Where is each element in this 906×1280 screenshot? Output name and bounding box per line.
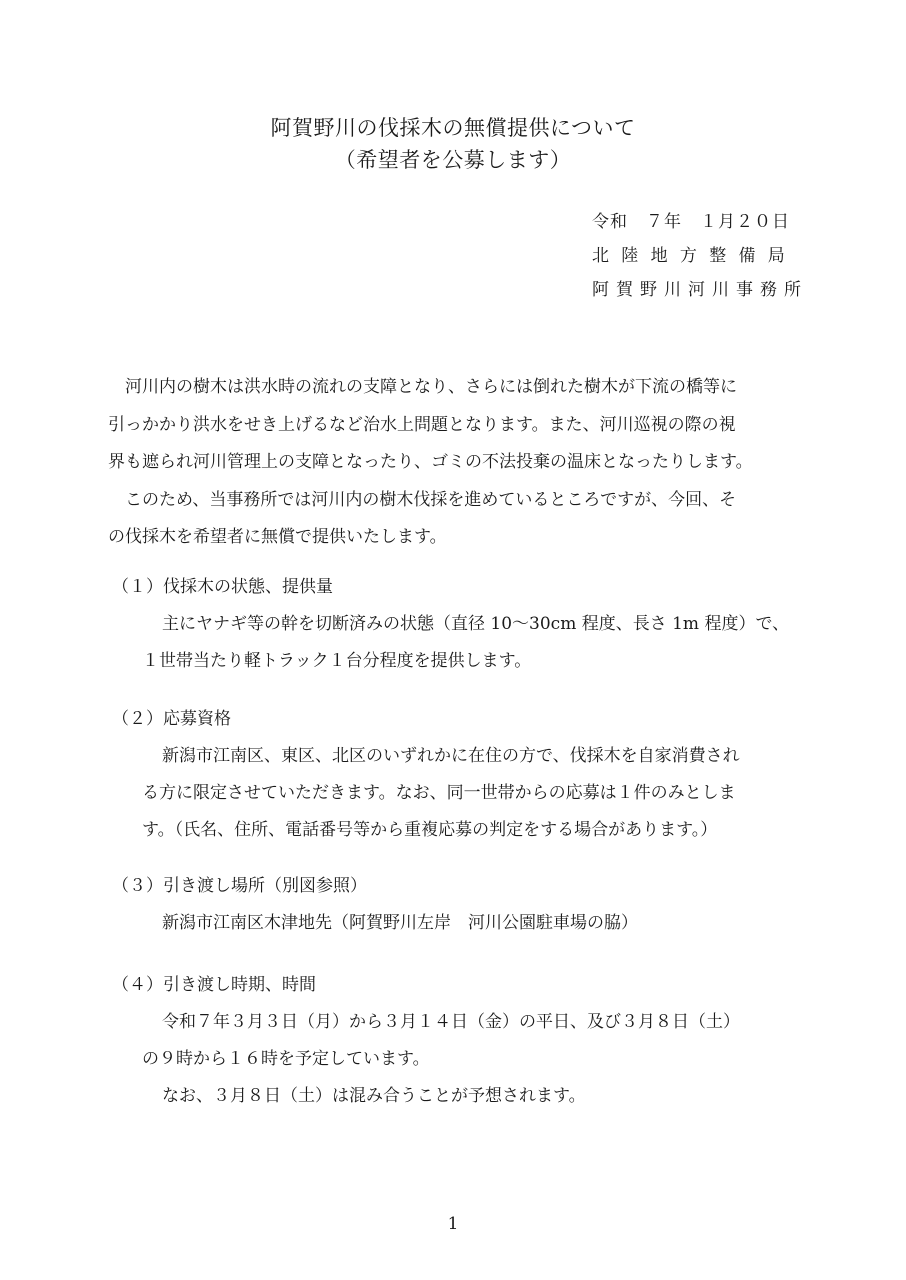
intro-line: このため、当事務所では河川内の樹木伐採を進めているところですが、今回、そ (108, 482, 808, 520)
section-heading: （２）応募資格 (112, 701, 812, 738)
page-number: 1 (0, 1214, 906, 1234)
section-line: なお、３月８日（土）は混み合うことが予想されます。 (112, 1078, 812, 1115)
issuer-block: 令和 ７年 １月２０日 北陸地方整備局 阿賀野川河川事務所 (592, 205, 808, 307)
issue-date: 令和 ７年 １月２０日 (592, 205, 808, 239)
intro-paragraph: 河川内の樹木は洪水時の流れの支障となり、さらには倒れた樹木が下流の橋等に 引っか… (108, 369, 808, 557)
intro-line: 引っかかり洪水をせき上げるなど治水上問題となります。また、河川巡視の際の視 (108, 407, 808, 445)
section-1-timber-condition: （１）伐採木の状態、提供量 主にヤナギ等の幹を切断済みの状態（直径 10～30c… (112, 569, 812, 680)
issuer-office: 阿賀野川河川事務所 (592, 273, 808, 307)
section-3-location: （３）引き渡し場所（別図参照） 新潟市江南区木津地先（阿賀野川左岸 河川公園駐車… (112, 868, 812, 942)
section-line: の９時から１６時を予定しています。 (112, 1041, 812, 1078)
section-4-schedule: （４）引き渡し時期、時間 令和７年３月３日（月）から３月１４日（金）の平日、及び… (112, 967, 812, 1115)
section-line: 令和７年３月３日（月）から３月１４日（金）の平日、及び３月８日（土） (112, 1004, 812, 1041)
intro-line: 河川内の樹木は洪水時の流れの支障となり、さらには倒れた樹木が下流の橋等に (108, 369, 808, 407)
section-line: １世帯当たり軽トラック１台分程度を提供します。 (112, 643, 812, 680)
section-line: す。（氏名、住所、電話番号等から重複応募の判定をする場合があります。） (112, 812, 812, 849)
document-title: 阿賀野川の伐採木の無償提供について (0, 113, 906, 143)
section-heading: （３）引き渡し場所（別図参照） (112, 868, 812, 905)
document-subtitle: （希望者を公募します） (0, 145, 906, 175)
section-line: る方に限定させていただきます。なお、同一世帯からの応募は１件のみとしま (112, 775, 812, 812)
section-heading: （４）引き渡し時期、時間 (112, 967, 812, 1004)
document-page: 阿賀野川の伐採木の無償提供について （希望者を公募します） 令和 ７年 １月２０… (0, 0, 906, 1280)
intro-line: 界も遮られ河川管理上の支障となったり、ゴミの不法投棄の温床となったりします。 (108, 444, 808, 482)
section-heading: （１）伐採木の状態、提供量 (112, 569, 812, 606)
section-line: 新潟市江南区木津地先（阿賀野川左岸 河川公園駐車場の脇） (112, 905, 812, 942)
issuer-bureau: 北陸地方整備局 (592, 239, 808, 273)
section-2-eligibility: （２）応募資格 新潟市江南区、東区、北区のいずれかに在住の方で、伐採木を自家消費… (112, 701, 812, 849)
section-line: 新潟市江南区、東区、北区のいずれかに在住の方で、伐採木を自家消費され (112, 738, 812, 775)
section-line: 主にヤナギ等の幹を切断済みの状態（直径 10～30cm 程度、長さ 1m 程度）… (112, 606, 812, 643)
intro-line: の伐採木を希望者に無償で提供いたします。 (108, 519, 808, 557)
